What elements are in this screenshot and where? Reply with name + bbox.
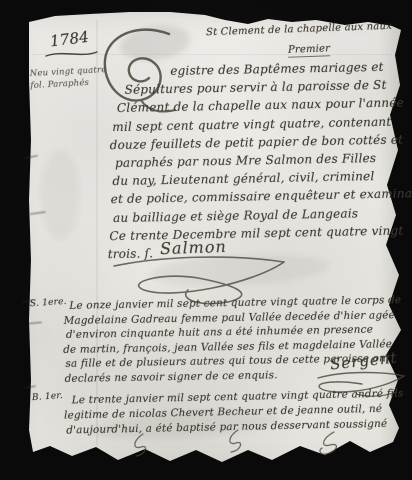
baptism-margin-label: B. 1er.	[32, 391, 64, 403]
register-paragraph: egistre des Baptêmes mariages et Sépultu…	[102, 57, 412, 264]
scanned-register-page: 1784 Neu vingt quatre fol. Paraphés St C…	[0, 0, 412, 480]
year-underline-flourish	[44, 48, 100, 60]
paper-stain	[40, 150, 80, 240]
premier-label: Premier	[288, 43, 331, 57]
paraph-mark-flourish	[222, 428, 248, 454]
paraph-mark-flourish	[128, 432, 154, 458]
paraph-mark-flourish	[316, 430, 346, 456]
